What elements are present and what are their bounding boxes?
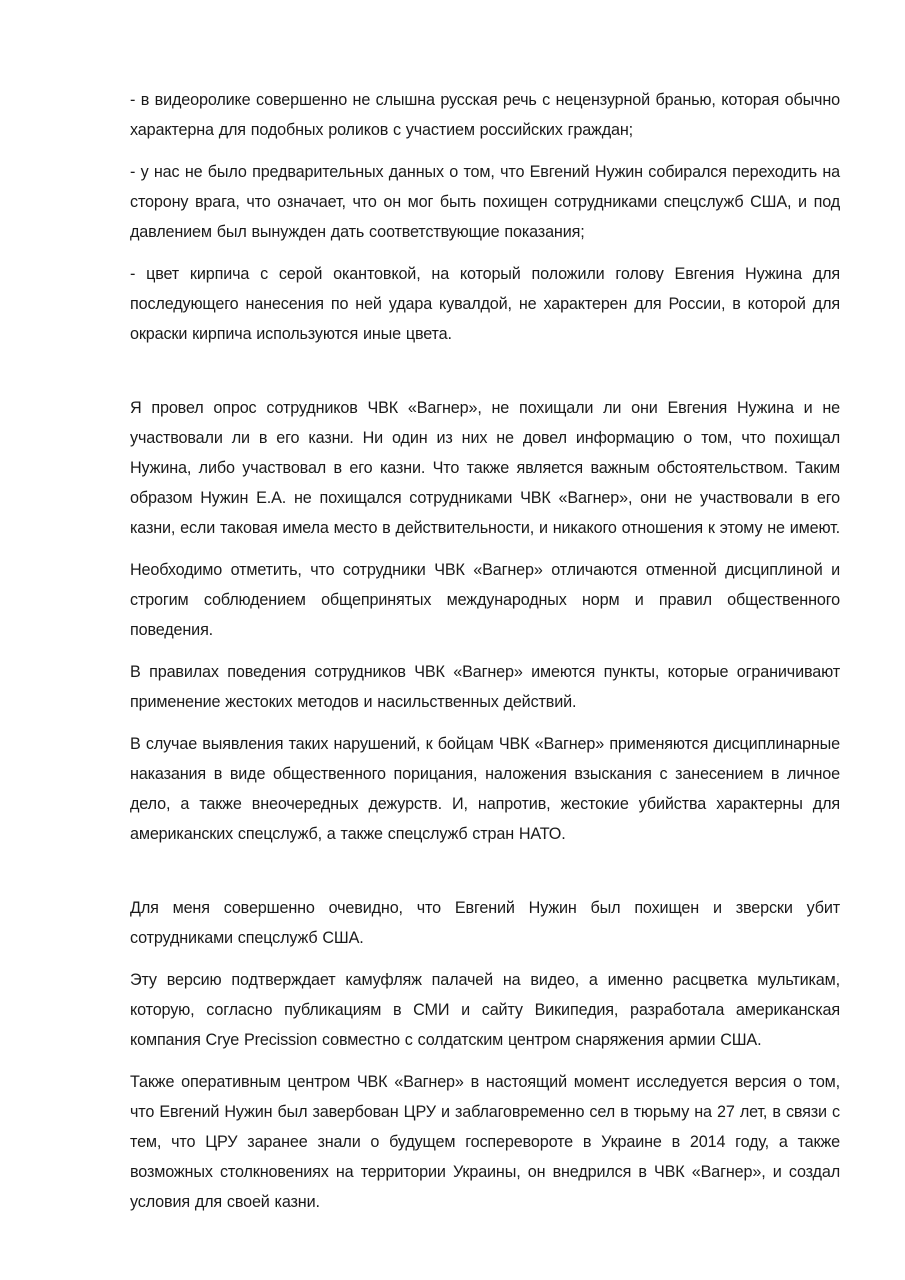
- paragraph: В правилах поведения сотрудников ЧВК «Ва…: [130, 657, 840, 717]
- section-1: - в видеоролике совершенно не слышна рус…: [130, 85, 840, 349]
- paragraph: Также оперативным центром ЧВК «Вагнер» в…: [130, 1067, 840, 1217]
- document-body: - в видеоролике совершенно не слышна рус…: [130, 85, 840, 1229]
- paragraph: - в видеоролике совершенно не слышна рус…: [130, 85, 840, 145]
- paragraph: - у нас не было предварительных данных о…: [130, 157, 840, 247]
- section-spacer: [130, 361, 840, 393]
- paragraph: - цвет кирпича с серой окантовкой, на ко…: [130, 259, 840, 349]
- paragraph: Для меня совершенно очевидно, что Евгени…: [130, 893, 840, 953]
- paragraph: Эту версию подтверждает камуфляж палачей…: [130, 965, 840, 1055]
- section-spacer: [130, 861, 840, 893]
- paragraph: Необходимо отметить, что сотрудники ЧВК …: [130, 555, 840, 645]
- section-3: Для меня совершенно очевидно, что Евгени…: [130, 893, 840, 1217]
- paragraph: Я провел опрос сотрудников ЧВК «Вагнер»,…: [130, 393, 840, 543]
- document-page: - в видеоролике совершенно не слышна рус…: [0, 0, 905, 1280]
- section-2: Я провел опрос сотрудников ЧВК «Вагнер»,…: [130, 393, 840, 849]
- paragraph: В случае выявления таких нарушений, к бо…: [130, 729, 840, 849]
